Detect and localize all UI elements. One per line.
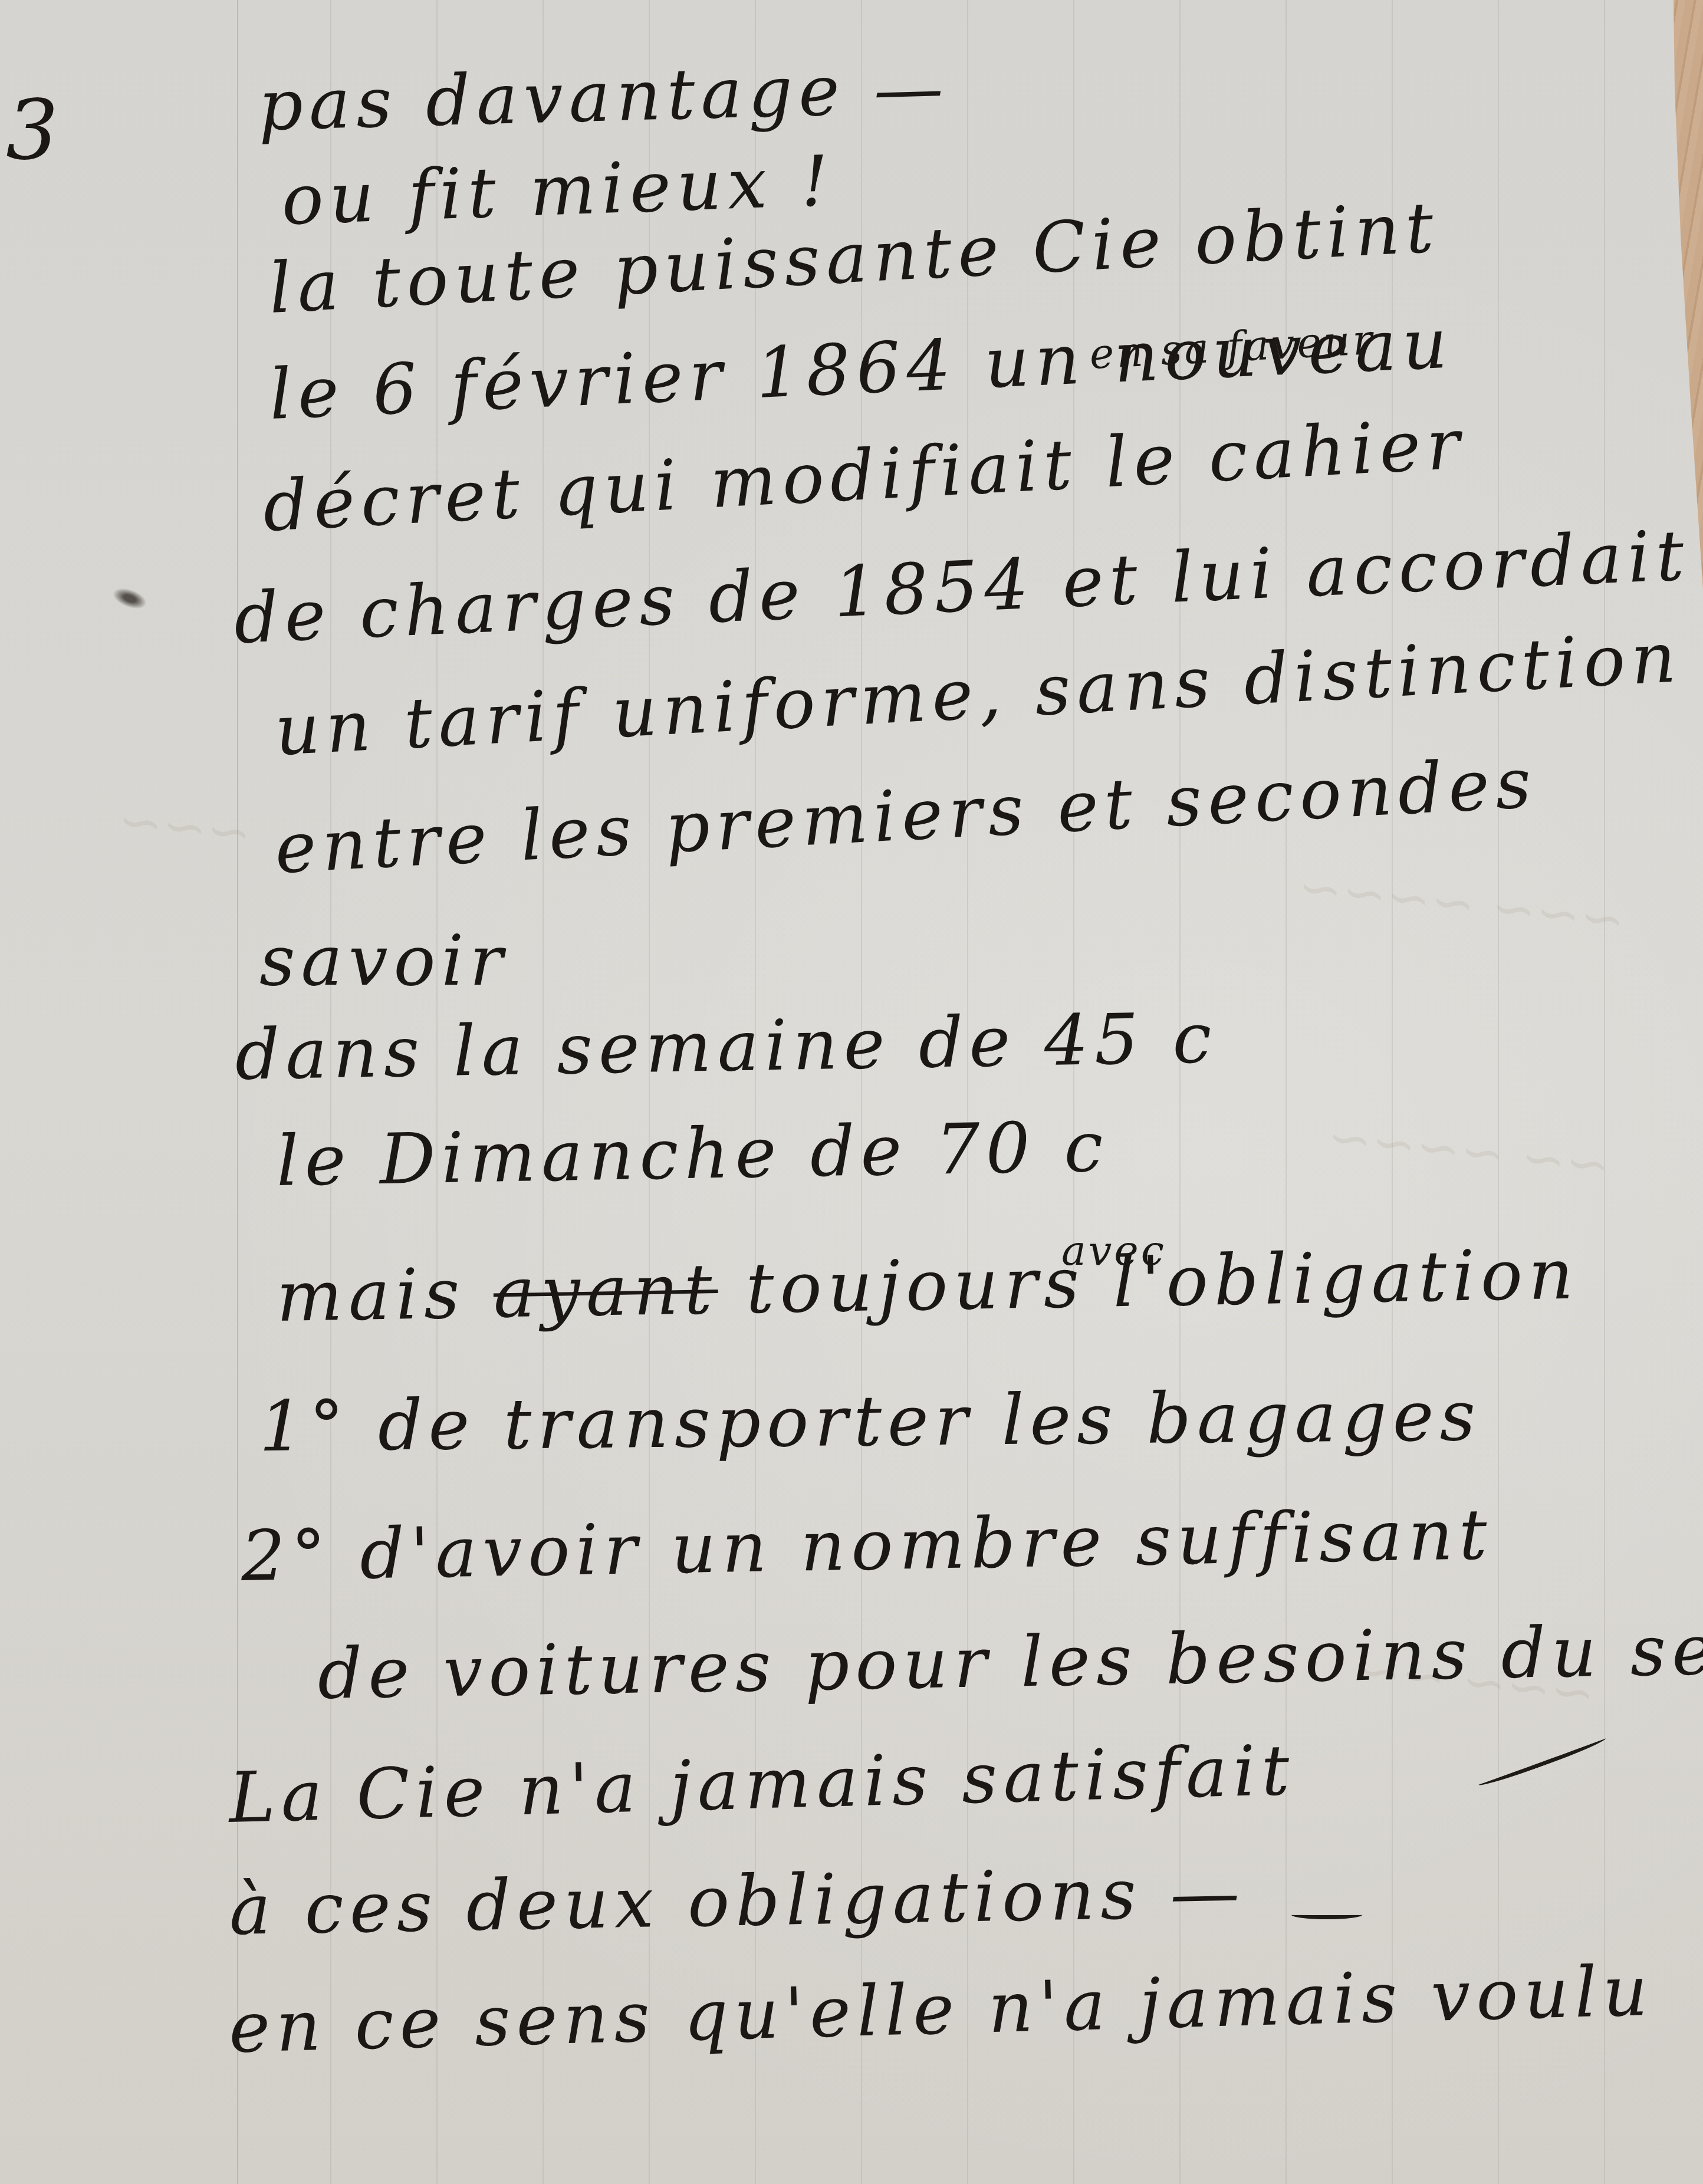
line-12-end: toujours l'obligation — [745, 1233, 1580, 1329]
page-number: 3 — [6, 83, 58, 179]
manuscript-line-10: dans la semaine de 45 c — [235, 997, 1218, 1096]
pen-flourish — [1291, 1910, 1362, 1919]
ruling-line — [755, 0, 756, 2184]
manuscript-line-11: le Dimanche de 70 c — [276, 1106, 1110, 1202]
ruling-line — [649, 0, 650, 2184]
ruling-line — [1498, 0, 1499, 2184]
line-12-start: mais — [276, 1252, 466, 1337]
manuscript-line-9: savoir — [259, 920, 509, 1001]
ruling-line — [543, 0, 544, 2184]
manuscript-line-13: 1° de transporter les bagages — [259, 1375, 1482, 1467]
struck-word: ayant — [493, 1248, 719, 1334]
ruling-line — [1604, 0, 1605, 2184]
